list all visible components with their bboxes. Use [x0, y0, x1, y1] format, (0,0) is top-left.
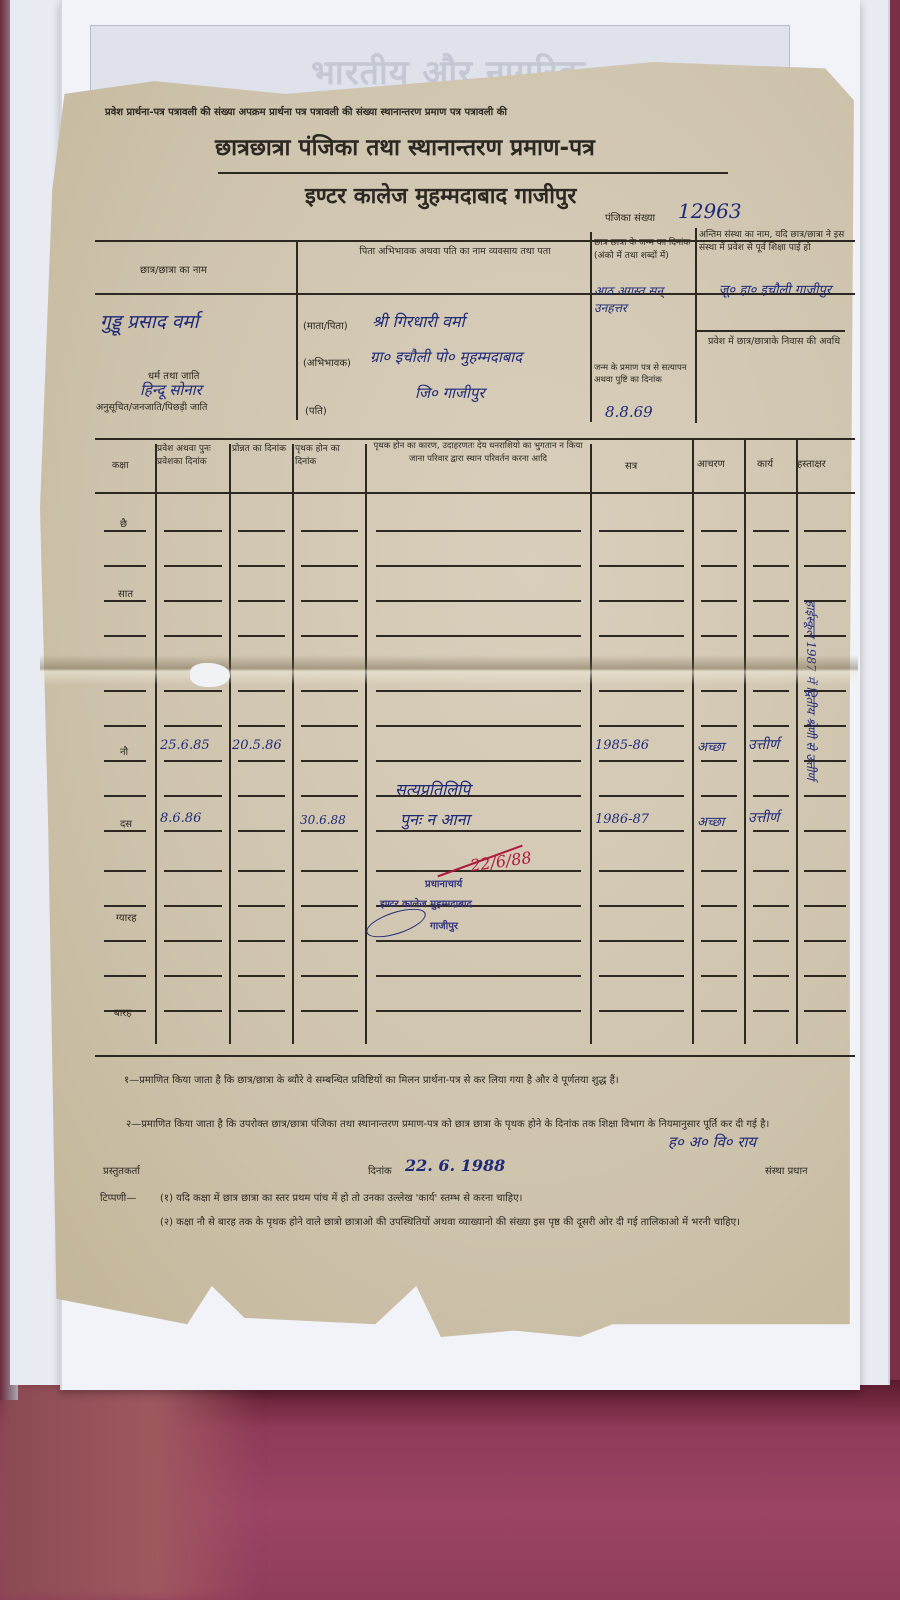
- row-rule: [701, 1010, 737, 1012]
- divider: [95, 1055, 855, 1057]
- institution-name: इण्टर कालेज मुहम्मदाबाद गाजीपुर: [305, 180, 576, 210]
- row-rule: [164, 940, 222, 942]
- row-rule: [301, 905, 358, 907]
- row-rule: [599, 1010, 684, 1012]
- divider: [695, 330, 845, 332]
- row-rule: [376, 760, 581, 762]
- column-header-work: कार्य: [757, 456, 773, 470]
- row-rule: [701, 830, 737, 832]
- row-rule: [599, 690, 684, 692]
- column-divider: [744, 440, 746, 1044]
- row-rule: [701, 635, 737, 637]
- row-rule: [164, 795, 222, 797]
- column-divider: [590, 444, 592, 1044]
- row-rule: [804, 1010, 846, 1012]
- row-rule: [599, 975, 684, 977]
- row-rule: [164, 905, 222, 907]
- row-rule: [599, 565, 684, 567]
- note-2: (२) कक्षा नौ से बारह तक के पृथक होने वाल…: [160, 1212, 850, 1234]
- row-rule: [164, 1010, 222, 1012]
- row-label-11: ग्यारह: [116, 910, 137, 924]
- row-rule: [701, 795, 737, 797]
- row-rule: [301, 600, 358, 602]
- institution-head-label: संस्था प्रधान: [765, 1163, 808, 1177]
- row-rule: [238, 940, 285, 942]
- row-rule: [753, 830, 789, 832]
- row-rule: [599, 940, 684, 942]
- row-rule: [238, 530, 285, 532]
- column-divider: [796, 440, 798, 1044]
- row-rule: [164, 690, 222, 692]
- last-institution-name: जू० हा० इचौली गाजीपुर: [700, 280, 850, 302]
- row-rule: [599, 530, 684, 532]
- row-rule: [301, 725, 358, 727]
- row-rule: [701, 940, 737, 942]
- row-rule: [376, 830, 581, 832]
- column-header-session: सत्र: [625, 458, 637, 472]
- divider: [695, 228, 697, 423]
- row-rule: [164, 760, 222, 762]
- certification-item-1: १—प्रमाणित किया जाता है कि छात्र/छात्रा …: [126, 1070, 831, 1092]
- row-rule: [301, 530, 358, 532]
- row-label-6: छै: [120, 516, 127, 530]
- prepared-by-label: प्रस्तुतकर्ता: [103, 1163, 140, 1177]
- row-rule: [701, 725, 737, 727]
- row-rule: [701, 690, 737, 692]
- row-rule: [301, 940, 358, 942]
- address-line-2: जि० गाजीपुर: [415, 383, 485, 403]
- row-rule: [753, 1010, 789, 1012]
- column-header-leaving-reason: पृथक होन का कारण, उदाहरणतः देय धनराशियो …: [367, 440, 589, 466]
- column-divider: [692, 440, 694, 1044]
- row-rule: [753, 975, 789, 977]
- class9-promotion-date: 20.5.86: [232, 738, 282, 753]
- row-label-7: सात: [118, 586, 133, 600]
- date-label: दिनांक: [368, 1163, 392, 1177]
- column-divider: [292, 444, 294, 1044]
- row-rule: [104, 870, 146, 872]
- row-rule: [104, 905, 146, 907]
- row-rule: [104, 975, 146, 977]
- torn-hole: [190, 663, 230, 687]
- row-rule: [104, 565, 146, 567]
- row-rule: [238, 975, 285, 977]
- row-rule: [301, 635, 358, 637]
- register-label: पंजिका संख्या: [605, 210, 655, 224]
- row-rule: [301, 870, 358, 872]
- row-rule: [753, 905, 789, 907]
- column-divider: [229, 444, 231, 1044]
- guardian-label: पिता अभिभावक अथवा पति का नाम व्यवसाय तथा…: [345, 245, 565, 258]
- row-rule: [238, 565, 285, 567]
- row-rule: [301, 760, 358, 762]
- class10-leaving-date: 30.6.88: [300, 813, 346, 827]
- column-header-leaving-date: पृथक होन का दिनांक: [295, 443, 357, 469]
- row-rule: [701, 530, 737, 532]
- row-rule: [104, 940, 146, 942]
- row-rule: [804, 975, 846, 977]
- paper-fold-crease: [40, 655, 858, 685]
- row-rule: [753, 760, 789, 762]
- class9-work: उत्तीर्ण: [748, 735, 779, 754]
- class9-admission-date: 25.6.85: [160, 738, 210, 753]
- certificate-title: छात्रछात्रा पंजिका तथा स्थानान्तरण प्रमा…: [215, 130, 595, 162]
- religion-caste: हिन्दू सोनार: [140, 380, 202, 400]
- class10-session: 1986-87: [595, 812, 649, 827]
- row-rule: [238, 725, 285, 727]
- row-rule: [599, 870, 684, 872]
- row-rule: [701, 760, 737, 762]
- row-label-9: नौ: [120, 744, 128, 758]
- husband-label: (पति): [305, 403, 327, 417]
- row-rule: [164, 830, 222, 832]
- mother-father-label: (माता/पिता): [303, 318, 348, 332]
- row-rule: [804, 530, 846, 532]
- row-rule: [804, 870, 846, 872]
- row-rule: [301, 975, 358, 977]
- register-number: 12963: [678, 199, 742, 223]
- category-label: अनुसूचित/जनजाति/पिछड़ी जाति: [96, 400, 207, 413]
- row-rule: [376, 530, 581, 532]
- row-rule: [301, 690, 358, 692]
- row-rule: [599, 795, 684, 797]
- row-label-12: बारह: [114, 1005, 132, 1019]
- last-institution-label: अन्तिम संस्था का नाम, यदि छात्र/छात्रा न…: [699, 229, 851, 255]
- dob-proof-label: जन्म के प्रमाण पत्र से सत्यापन अथवा पुष्…: [594, 362, 692, 386]
- row-rule: [753, 725, 789, 727]
- title-underline: [218, 172, 728, 174]
- row-rule: [376, 725, 581, 727]
- row-rule: [164, 635, 222, 637]
- row-rule: [238, 830, 285, 832]
- row-rule: [104, 760, 146, 762]
- student-name-label: छात्र/छात्रा का नाम: [140, 262, 207, 276]
- row-rule: [104, 725, 146, 727]
- student-name: गुड्डू प्रसाद वर्मा: [100, 308, 199, 334]
- row-rule: [238, 905, 285, 907]
- highschool-result-margin-note: हाईस्कूल 1987 में द्वितीय श्रेणी से उत्त…: [803, 600, 820, 840]
- row-rule: [753, 565, 789, 567]
- notes-label: टिप्पणी—: [100, 1190, 136, 1204]
- row-rule: [599, 600, 684, 602]
- row-rule: [301, 830, 358, 832]
- class10-work: उत्तीर्ण: [748, 808, 779, 827]
- divider: [95, 492, 855, 494]
- certificate-date: 22. 6. 1988: [405, 1156, 505, 1175]
- row-rule: [701, 870, 737, 872]
- row-rule: [701, 565, 737, 567]
- row-rule: [238, 795, 285, 797]
- row-rule: [376, 975, 581, 977]
- row-rule: [104, 690, 146, 692]
- row-rule: [301, 565, 358, 567]
- row-rule: [104, 600, 146, 602]
- residence-period-label: प्रवेश में छात्र/छात्राके निवास की अवधि: [700, 335, 848, 348]
- row-rule: [753, 795, 789, 797]
- row-rule: [164, 725, 222, 727]
- row-rule: [599, 905, 684, 907]
- row-rule: [376, 940, 581, 942]
- row-rule: [701, 905, 737, 907]
- row-label-10: दस: [120, 816, 132, 830]
- row-rule: [804, 565, 846, 567]
- divider: [296, 240, 298, 420]
- top-file-note: प्रवेश प्रार्थना-पत्र पत्रावली की संख्या…: [105, 104, 507, 118]
- row-rule: [599, 635, 684, 637]
- row-rule: [238, 635, 285, 637]
- row-rule: [804, 905, 846, 907]
- row-rule: [301, 795, 358, 797]
- father-name: श्री गिरधारी वर्मा: [372, 310, 465, 332]
- row-rule: [599, 725, 684, 727]
- row-rule: [164, 600, 222, 602]
- row-rule: [804, 940, 846, 942]
- class10-admission-date: 8.6.86: [160, 811, 201, 826]
- column-header-admission-date: प्रवेश अथवा पुनः प्रवेशका दिनांक: [157, 443, 229, 469]
- true-copy-note: सत्यप्रतिलिपि: [395, 778, 470, 800]
- column-header-promotion-date: प्रोन्नत का दिनांक: [232, 443, 292, 456]
- class10-leaving-reason: पुनः न आना: [400, 808, 470, 830]
- row-rule: [104, 830, 146, 832]
- column-divider: [155, 444, 157, 1044]
- column-header-conduct: आचरण: [697, 456, 725, 470]
- dob-label: छात्र छात्रा के जन्म का दिनांक (अंको में…: [594, 237, 692, 263]
- row-rule: [164, 565, 222, 567]
- row-rule: [753, 530, 789, 532]
- blurred-foreground: [0, 1380, 260, 1600]
- row-rule: [376, 600, 581, 602]
- row-rule: [753, 940, 789, 942]
- divider: [590, 232, 592, 422]
- row-rule: [599, 830, 684, 832]
- row-rule: [753, 600, 789, 602]
- row-rule: [238, 760, 285, 762]
- row-rule: [599, 760, 684, 762]
- address-line-1: ग्रा० इचौली पो० मुहम्मदाबाद: [370, 347, 522, 367]
- row-rule: [753, 690, 789, 692]
- row-rule: [376, 565, 581, 567]
- column-divider: [365, 444, 367, 1044]
- column-header-class: कक्षा: [112, 458, 129, 471]
- row-rule: [701, 600, 737, 602]
- row-rule: [164, 975, 222, 977]
- guardian-field-label: (अभिभावक): [303, 355, 351, 369]
- row-rule: [701, 975, 737, 977]
- row-rule: [376, 1010, 581, 1012]
- dob-in-words: आठ अगस्त सन् उनहत्तर: [594, 283, 692, 317]
- row-rule: [104, 795, 146, 797]
- row-rule: [238, 600, 285, 602]
- class10-conduct: अच्छा: [697, 812, 724, 830]
- note-1: (१) यदि कक्षा में छात्र छात्रा का स्तर प…: [160, 1190, 522, 1204]
- class9-session: 1985-86: [595, 738, 649, 753]
- row-rule: [238, 690, 285, 692]
- row-rule: [376, 635, 581, 637]
- row-rule: [753, 635, 789, 637]
- principal-stamp-line1: इण्टर कालेज मुहम्मदाबाद: [380, 896, 472, 910]
- row-rule: [238, 870, 285, 872]
- principal-stamp-line2: गाजीपुर: [430, 918, 458, 932]
- row-rule: [238, 1010, 285, 1012]
- row-rule: [164, 870, 222, 872]
- row-rule: [104, 530, 146, 532]
- class9-conduct: अच्छा: [697, 737, 724, 755]
- principal-stamp-title: प्रधानाचार्य: [425, 876, 462, 890]
- row-rule: [164, 530, 222, 532]
- row-rule: [376, 690, 581, 692]
- row-rule: [301, 1010, 358, 1012]
- row-rule: [104, 635, 146, 637]
- institution-head-signature: ह० अ० वि० राय: [668, 1132, 756, 1152]
- dob-numeric: 8.8.69: [605, 403, 653, 421]
- column-header-signature: हस्ताक्षर: [797, 456, 826, 470]
- row-rule: [753, 870, 789, 872]
